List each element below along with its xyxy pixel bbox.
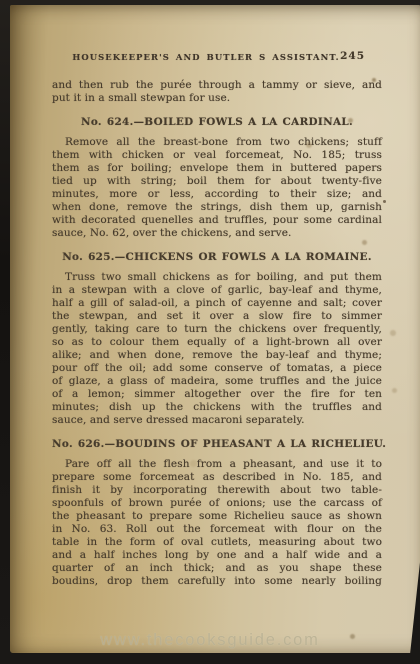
text-line: so as to colour them equally of a light-… bbox=[52, 336, 382, 349]
text-line: Remove all the breast-bone from two chic… bbox=[52, 136, 382, 149]
text-line: in No. 63. Roll out the forcemeat with f… bbox=[52, 523, 382, 536]
text-line: when done, remove the strings, dish them… bbox=[52, 201, 382, 214]
running-header: HOUSEKEEPER'S AND BUTLER S ASSISTANT. 24… bbox=[52, 51, 382, 64]
text-line: spoonfuls of brown purée of onions; use … bbox=[52, 497, 382, 510]
text-line: of a lemon; simmer altogether over the f… bbox=[52, 388, 382, 401]
text-line: tied up with string; boil them for about… bbox=[52, 175, 382, 188]
paper-spot bbox=[190, 460, 197, 467]
text-line: quarter of an inch thick; and as you sha… bbox=[52, 562, 382, 575]
text-line: with decorated quenelles and truffles, p… bbox=[52, 214, 382, 227]
running-header-title: HOUSEKEEPER'S AND BUTLER S ASSISTANT. bbox=[41, 51, 371, 64]
paper-spot bbox=[350, 634, 355, 639]
photo-background: HOUSEKEEPER'S AND BUTLER S ASSISTANT. 24… bbox=[0, 0, 420, 664]
paper-spot bbox=[390, 330, 396, 336]
text-line: them as for boiling; envelope them in bu… bbox=[52, 162, 382, 175]
text-line: half a gill of salad-oil, a pinch of cay… bbox=[52, 297, 382, 310]
recipe-heading: No. 626.—BOUDINS OF PHEASANT A LA RICHEL… bbox=[52, 438, 382, 451]
text-line: pour off the oil; add some conserve of t… bbox=[52, 362, 382, 375]
text-line: minutes; dish up the chickens with the t… bbox=[52, 401, 382, 414]
text-line: of glaze, a glass of madeira, some truff… bbox=[52, 375, 382, 388]
text-block: and then rub the purée through a tammy o… bbox=[52, 79, 382, 588]
paper-spot bbox=[348, 118, 353, 123]
text-line: put it in a small stewpan for use. bbox=[52, 92, 382, 105]
paper-spot bbox=[392, 388, 397, 393]
paper-spot bbox=[306, 142, 312, 148]
text-line: and then rub the purée through a tammy o… bbox=[52, 79, 382, 92]
text-line: the pheasant to prepare some Richelieu s… bbox=[52, 510, 382, 523]
book-page: HOUSEKEEPER'S AND BUTLER S ASSISTANT. 24… bbox=[10, 5, 420, 653]
text-line: table in the form of oval cutlets, measu… bbox=[52, 536, 382, 549]
text-line: gently, taking care to turn the chickens… bbox=[52, 323, 382, 336]
text-line: them with chicken or veal forcemeat, No.… bbox=[52, 149, 382, 162]
text-line: sauce, No. 62, over the chickens, and se… bbox=[52, 227, 382, 240]
text-line: boudins, drop them carefully into some n… bbox=[52, 575, 382, 588]
text-line: Pare off all the flesh from a pheasant, … bbox=[52, 458, 382, 471]
text-line: in a stewpan with a clove of garlic, bay… bbox=[52, 284, 382, 297]
text-line: and a half inches long by one and a half… bbox=[52, 549, 382, 562]
recipe-heading: No. 624.—BOILED FOWLS A LA CARDINAL. bbox=[52, 116, 382, 129]
paper-spot bbox=[362, 240, 367, 245]
paper-spot bbox=[383, 200, 386, 203]
text-line: sauce, and serve dressed macaroni separa… bbox=[52, 414, 382, 427]
text-line: alike; and when done, remove the bay-lea… bbox=[52, 349, 382, 362]
text-line: the stewpan, and set it over a slow fire… bbox=[52, 310, 382, 323]
page-number: 245 bbox=[340, 50, 365, 63]
recipe-heading: No. 625.—CHICKENS OR FOWLS A LA ROMAINE. bbox=[52, 251, 382, 264]
text-line: prepare some forcemeat as described in N… bbox=[52, 471, 382, 484]
text-line: minutes, more or less, according to thei… bbox=[52, 188, 382, 201]
text-line: Truss two small chickens as for boiling,… bbox=[52, 271, 382, 284]
paper-spot bbox=[372, 78, 376, 82]
text-line: finish it by incorporating therewith abo… bbox=[52, 484, 382, 497]
